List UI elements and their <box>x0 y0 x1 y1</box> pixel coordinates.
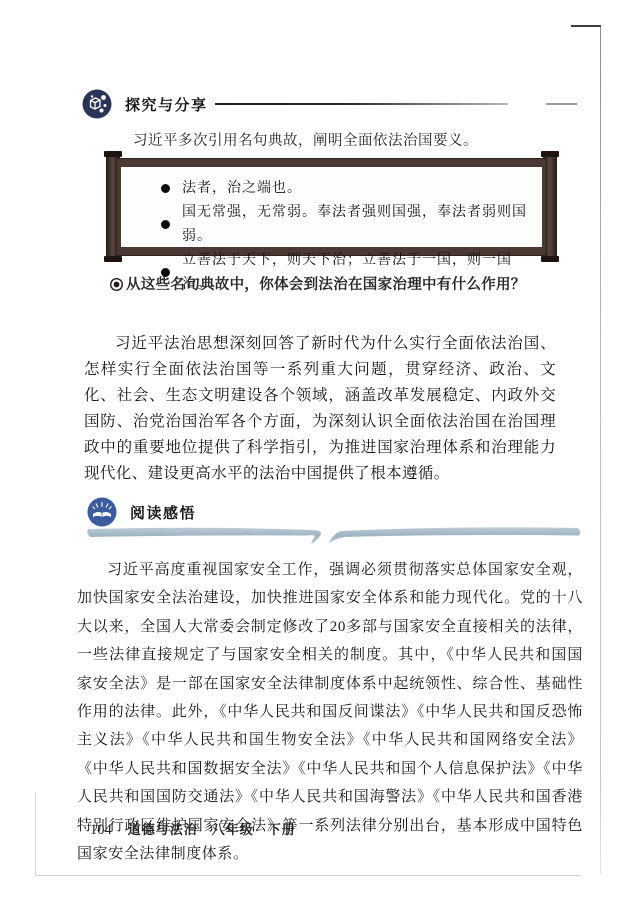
bullet-dot-icon <box>161 220 170 229</box>
explore-cube-icon <box>82 89 112 119</box>
quote-text: 国无常强，无常弱。奉法者强则国强，奉法者弱则国弱。 <box>182 201 536 249</box>
page-scan-edge-right <box>600 25 601 875</box>
page-scan-edge-bottom <box>35 875 581 876</box>
body-paragraph: 习近平法治思想深刻回答了新时代为什么实行全面依法治国、怎样实行全面依法治国等一系… <box>84 331 556 487</box>
page-number: 104 <box>90 822 112 839</box>
textbook-page: 探究与分享 习近平多次引用名句典故，阐明全面依法治国要义。 法者，治之端也。 国… <box>0 0 640 909</box>
ribbon-divider-icon <box>58 522 600 548</box>
header-rule-line <box>215 103 508 105</box>
header-rule-dash <box>546 103 577 105</box>
scroll-paper: 法者，治之端也。 国无常强，无常弱。奉法者强则国强，奉法者弱则国弱。 立善法于天… <box>117 159 546 255</box>
reading-reflection-title: 阅读感悟 <box>130 502 196 523</box>
book-title: 道德与法治 <box>128 819 198 838</box>
explore-share-title: 探究与分享 <box>125 94 208 115</box>
explore-share-header: 探究与分享 <box>82 89 208 119</box>
question-text: 从这些名句典故中，你体会到法治在国家治理中有什么作用？ <box>126 275 526 295</box>
page-footer: 104 道德与法治 八年级 下册 <box>90 819 310 839</box>
quote-item: 法者，治之端也。 <box>161 177 536 201</box>
page-scan-edge-top <box>571 25 601 27</box>
quote-text: 法者，治之端也。 <box>182 177 302 201</box>
quote-scroll-banner: 法者，治之端也。 国无常强，无常弱。奉法者强则国强，奉法者弱则国弱。 立善法于天… <box>103 150 558 263</box>
bullet-dot-icon <box>161 184 170 193</box>
page-scan-edge-left <box>35 792 36 875</box>
discussion-question: 从这些名句典故中，你体会到法治在国家治理中有什么作用？ <box>110 275 550 295</box>
explore-intro-text: 习近平多次引用名句典故，阐明全面依法治国要义。 <box>133 129 563 150</box>
question-ring-bullet-icon <box>110 278 123 291</box>
volume-label: 下册 <box>268 819 296 838</box>
quote-item: 国无常强，无常弱。奉法者强则国强，奉法者弱则国弱。 <box>161 201 536 249</box>
grade-label: 八年级 <box>212 819 254 838</box>
